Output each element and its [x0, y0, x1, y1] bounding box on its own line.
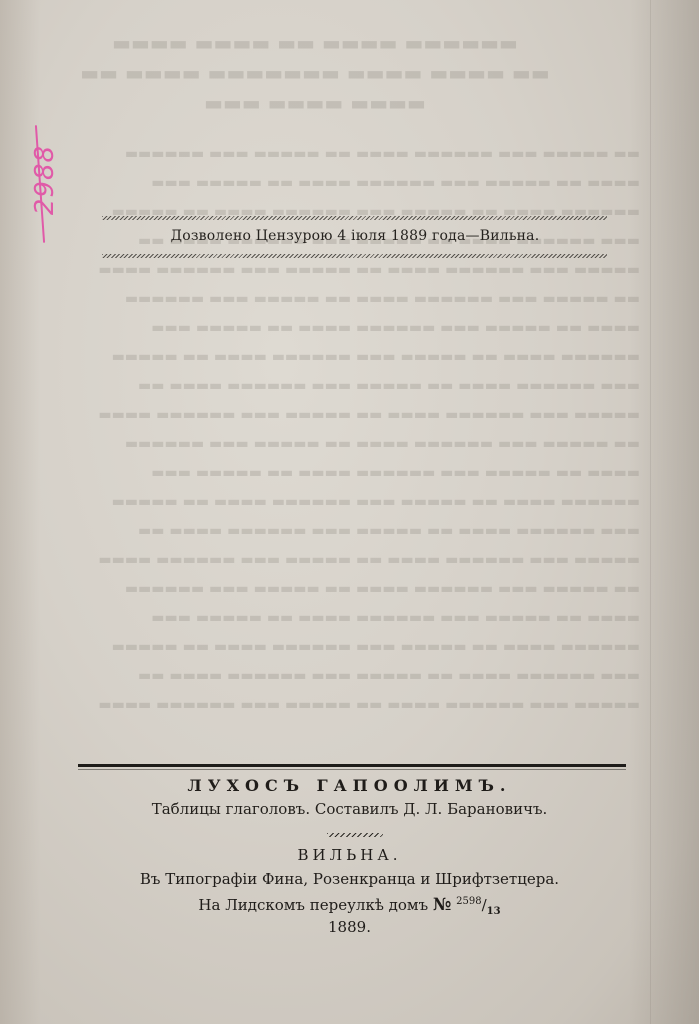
address-number: 2598 — [456, 896, 481, 907]
bleed-line: ▬▬▬▬ ▬▬ ▬▬▬▬▬ ▬▬▬ ▬▬▬▬▬▬ ▬▬▬▬ ▬▬ ▬▬▬▬▬ ▬… — [40, 314, 640, 343]
bleed-line: ▬▬ ▬▬▬▬ ▬▬▬▬▬▬▬ ▬▬▬▬ ▬▬▬▬ ▬▬ — [80, 58, 550, 88]
handwritten-number: 2988 — [30, 145, 60, 215]
address-sub-number: 13 — [487, 906, 501, 917]
bleed-line: ▬▬▬ ▬▬▬▬▬▬ ▬▬▬▬ ▬▬ ▬▬▬▬▬ ▬▬▬ ▬▬▬▬▬▬ ▬▬▬▬… — [40, 372, 640, 401]
publication-year: 1889. — [0, 918, 699, 936]
printer-address: На Лидскомъ переулкѣ домъ № 2598/13 — [0, 895, 699, 917]
bleed-line: ▬▬ ▬▬▬▬▬ ▬▬▬ ▬▬▬▬▬▬ ▬▬▬▬ ▬▬ ▬▬▬▬▬ ▬▬▬ ▬▬… — [40, 575, 640, 604]
book-title: ЛУХОСЪ ГАПООЛИМЪ. — [0, 776, 699, 795]
printer-name: Въ Типографіи Фина, Розенкранца и Шрифтз… — [0, 870, 699, 888]
book-subtitle: Таблицы глаголовъ. Составилъ Д. Л. Баран… — [0, 800, 699, 818]
bleed-line: ▬▬▬▬▬ ▬▬▬ ▬▬▬▬▬▬ ▬▬▬▬ ▬▬ ▬▬▬▬▬ ▬▬▬ ▬▬▬▬▬… — [40, 256, 640, 285]
bleed-line: ▬▬▬▬ ▬▬ ▬▬▬▬▬ ▬▬▬ ▬▬▬▬▬▬ ▬▬▬▬ ▬▬ ▬▬▬▬▬ ▬… — [40, 604, 640, 633]
bleed-through-top: ▬▬▬▬ ▬▬▬▬ ▬▬ ▬▬▬▬ ▬▬▬▬▬▬ ▬▬ ▬▬▬▬ ▬▬▬▬▬▬▬… — [80, 28, 550, 118]
bleed-line: ▬▬▬▬▬▬ ▬▬▬▬ ▬▬ ▬▬▬▬▬ ▬▬▬ ▬▬▬▬▬▬ ▬▬▬▬ ▬▬ … — [40, 198, 640, 227]
page-edge-crease — [650, 0, 651, 1024]
bleed-line: ▬▬ ▬▬▬▬▬ ▬▬▬ ▬▬▬▬▬▬ ▬▬▬▬ ▬▬ ▬▬▬▬▬ ▬▬▬ ▬▬… — [40, 430, 640, 459]
document-page: ▬▬▬▬ ▬▬▬▬ ▬▬ ▬▬▬▬ ▬▬▬▬▬▬ ▬▬ ▬▬▬▬ ▬▬▬▬▬▬▬… — [0, 0, 699, 1024]
bleed-line: ▬▬▬▬▬ ▬▬▬ ▬▬▬▬▬▬ ▬▬▬▬ ▬▬ ▬▬▬▬▬ ▬▬▬ ▬▬▬▬▬… — [40, 691, 640, 720]
bleed-line: ▬▬▬▬▬▬ ▬▬▬▬ ▬▬ ▬▬▬▬▬ ▬▬▬ ▬▬▬▬▬▬ ▬▬▬▬ ▬▬ … — [40, 343, 640, 372]
censorship-notice: Дозволено Цензурою 4 іюля 1889 года—Виль… — [100, 228, 610, 244]
ornament-divider — [327, 833, 383, 837]
bleed-line: ▬▬▬ ▬▬▬▬▬▬ ▬▬▬▬ ▬▬ ▬▬▬▬▬ ▬▬▬ ▬▬▬▬▬▬ ▬▬▬▬… — [40, 662, 640, 691]
ornamental-rule-bottom — [102, 254, 607, 258]
ornamental-rule-top — [102, 216, 607, 220]
number-sign: № — [433, 895, 451, 915]
bleed-line: ▬▬▬▬ ▬▬ ▬▬▬▬▬ ▬▬▬ ▬▬▬▬▬▬ ▬▬▬▬ ▬▬ ▬▬▬▬▬ ▬… — [40, 169, 640, 198]
bleed-line: ▬▬▬▬▬▬ ▬▬▬▬ ▬▬ ▬▬▬▬▬ ▬▬▬ ▬▬▬▬▬▬ ▬▬▬▬ ▬▬ … — [40, 488, 640, 517]
handwritten-inventory-mark: 2988 — [32, 125, 82, 240]
heavy-rule — [78, 764, 626, 767]
bleed-line: ▬▬▬▬ ▬▬▬▬ ▬▬ ▬▬▬▬ ▬▬▬▬▬▬ — [80, 28, 550, 58]
bleed-line: ▬▬▬ ▬▬▬▬ ▬▬▬▬ — [80, 88, 550, 118]
bleed-line: ▬▬▬▬▬▬ ▬▬▬▬ ▬▬ ▬▬▬▬▬ ▬▬▬ ▬▬▬▬▬▬ ▬▬▬▬ ▬▬ … — [40, 633, 640, 662]
address-prefix: На Лидскомъ переулкѣ домъ — [198, 896, 428, 914]
bleed-line: ▬▬▬ ▬▬▬▬▬▬ ▬▬▬▬ ▬▬ ▬▬▬▬▬ ▬▬▬ ▬▬▬▬▬▬ ▬▬▬▬… — [40, 517, 640, 546]
bleed-line: ▬▬▬▬ ▬▬ ▬▬▬▬▬ ▬▬▬ ▬▬▬▬▬▬ ▬▬▬▬ ▬▬ ▬▬▬▬▬ ▬… — [40, 459, 640, 488]
bleed-line: ▬▬▬▬▬ ▬▬▬ ▬▬▬▬▬▬ ▬▬▬▬ ▬▬ ▬▬▬▬▬ ▬▬▬ ▬▬▬▬▬… — [40, 401, 640, 430]
publication-city: ВИЛЬНА. — [0, 846, 699, 864]
bleed-line: ▬▬ ▬▬▬▬▬ ▬▬▬ ▬▬▬▬▬▬ ▬▬▬▬ ▬▬ ▬▬▬▬▬ ▬▬▬ ▬▬… — [40, 285, 640, 314]
thin-rule — [78, 769, 626, 770]
bleed-line: ▬▬ ▬▬▬▬▬ ▬▬▬ ▬▬▬▬▬▬ ▬▬▬▬ ▬▬ ▬▬▬▬▬ ▬▬▬ ▬▬… — [40, 140, 640, 169]
bleed-line: ▬▬▬▬▬ ▬▬▬ ▬▬▬▬▬▬ ▬▬▬▬ ▬▬ ▬▬▬▬▬ ▬▬▬ ▬▬▬▬▬… — [40, 546, 640, 575]
